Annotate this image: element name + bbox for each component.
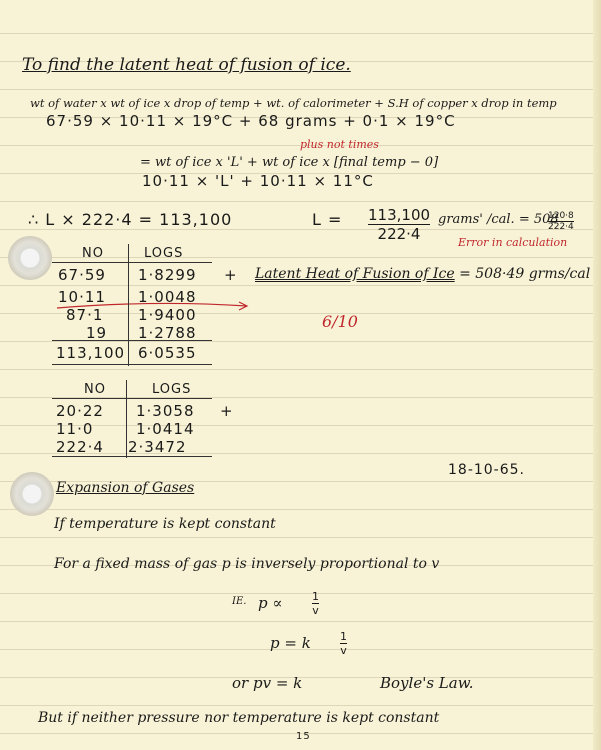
L-denominator: 222·4 <box>378 225 421 243</box>
binder-hole-bottom <box>10 472 54 516</box>
L-prefix: L = <box>312 210 342 229</box>
correction-note: plus not times <box>300 138 379 151</box>
table-row: 19 <box>86 324 107 342</box>
date: 18-10-65. <box>448 462 525 478</box>
fraction-one-over-v: 1 v <box>312 590 319 617</box>
latent-heat-result: Latent Heat of Fusion of Ice = 508·49 gr… <box>255 266 590 282</box>
equation-p-equals: p = k <box>270 634 311 652</box>
text-line: But if neither pressure nor temperature … <box>38 710 439 726</box>
latent-heat-value: = 508·49 grms/cal <box>459 266 590 282</box>
L-unit: grams' /cal. = 508 <box>438 212 559 227</box>
binder-hole-top <box>8 236 52 280</box>
page-number: 15 <box>296 731 311 742</box>
table-row: 222·4 <box>56 438 104 456</box>
proportional-expression: p ∝ <box>258 594 283 612</box>
equation-lhs-words: wt of water x wt of ice x drop of temp +… <box>30 96 557 110</box>
table-row: 20·22 <box>56 402 104 420</box>
equation-lhs-values: 67·59 × 10·11 × 19°C + 68 grams + 0·1 × … <box>46 112 456 130</box>
boyles-law: Boyle's Law. <box>380 674 474 692</box>
page-title: To find the latent heat of fusion of ice… <box>22 55 351 75</box>
equation-pv-equals-k: or pv = k <box>232 674 302 692</box>
ie-label: IE. <box>232 596 246 607</box>
text-line: For a fixed mass of gas p is inversely p… <box>54 556 439 572</box>
section-title: Expansion of Gases <box>56 480 194 496</box>
page-edge <box>593 0 601 750</box>
L-fraction: 113,100 222·4 <box>368 206 430 243</box>
table-row: 11·0 <box>56 420 93 438</box>
equation-rhs-words: = wt of ice x 'L' + wt of ice x [final t… <box>140 155 438 170</box>
table-row: 113,100 <box>56 344 125 362</box>
result-line: ∴ L × 222·4 = 113,100 <box>28 210 232 229</box>
table-row: 87·1 <box>66 306 103 324</box>
table-row: 10·11 <box>58 288 106 306</box>
grade: 6/10 <box>322 312 358 331</box>
error-note: Error in calculation <box>458 236 567 249</box>
table-row: 67·59 <box>58 266 106 284</box>
L-numerator: 113,100 <box>368 206 430 225</box>
side-fraction: 120·8 222·4 <box>548 211 574 232</box>
latent-heat-label: Latent Heat of Fusion of Ice <box>255 266 455 282</box>
equation-rhs-values: 10·11 × 'L' + 10·11 × 11°C <box>142 172 374 190</box>
text-line: If temperature is kept constant <box>54 516 276 532</box>
fraction-one-over-v-2: 1 v <box>340 630 347 657</box>
